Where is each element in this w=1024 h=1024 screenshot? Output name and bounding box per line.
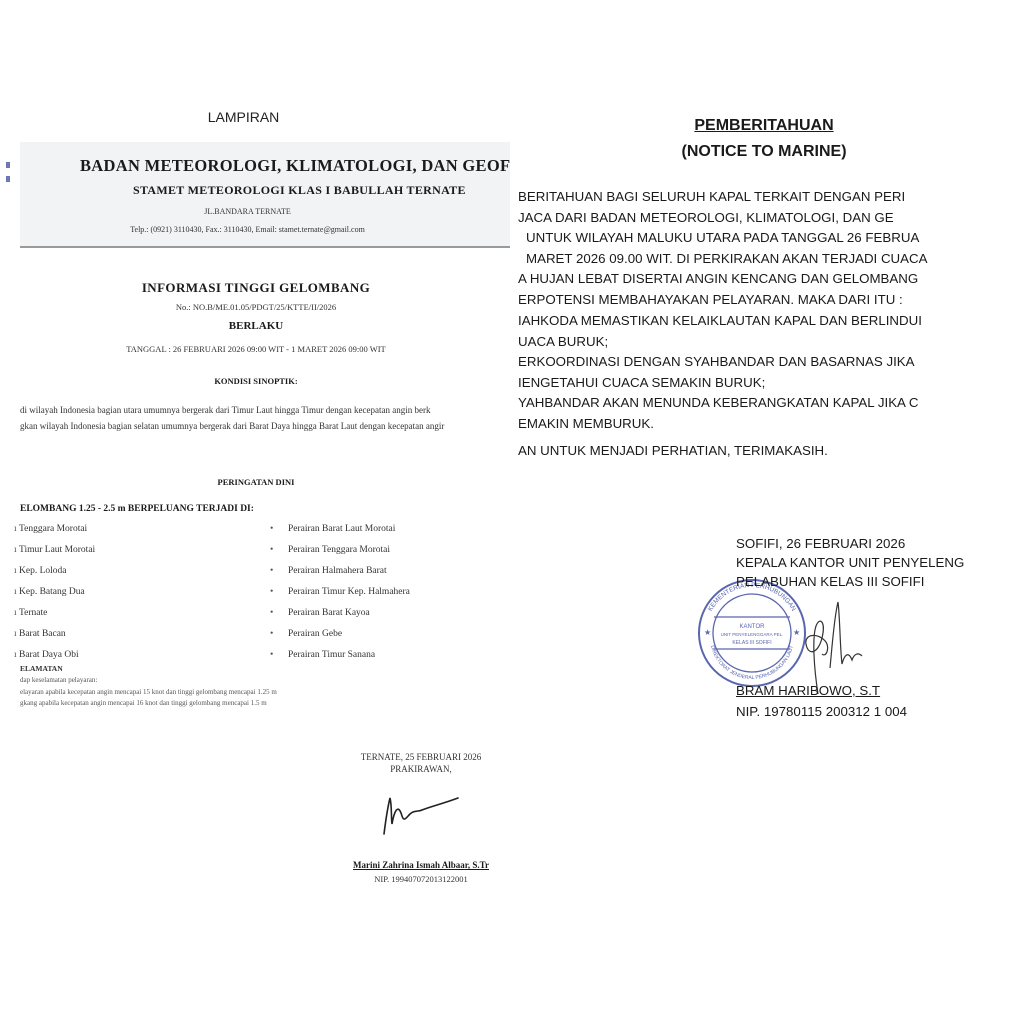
safety-text-line: gkang apabila kecepatan angin mencapai 1…	[20, 699, 267, 707]
signature-place-date: SOFIFI, 26 FEBRUARI 2026	[736, 534, 964, 553]
station-address: JL.BANDARA TERNATE	[20, 207, 475, 216]
area-item: ıTernate	[14, 602, 95, 623]
notice-instructions: IAHKODA MEMASTIKAN KELAIKLAUTAN KAPAL DA…	[518, 311, 1024, 435]
area-item: •Perairan Tenggara Morotai	[270, 539, 410, 560]
official-stamp-icon: KANTOR UNIT PENYELENGGARA PEL. KELAS III…	[696, 577, 808, 689]
document-number: No.: NO.B/ME.01.05/PDGT/25/KTTE/II/2026	[0, 302, 510, 312]
area-item: ıTenggara Morotai	[14, 518, 95, 539]
area-list-right: •Perairan Barat Laut Morotai •Perairan T…	[270, 518, 410, 665]
station-name: STAMET METEOROLOGI KLAS I BABULLAH TERNA…	[133, 183, 466, 198]
bullet-icon: •	[270, 587, 288, 597]
official-nip: NIP. 19780115 200312 1 004	[736, 702, 907, 721]
agency-name: BADAN METEOROLOGI, KLIMATOLOGI, DAN GEOF…	[80, 156, 510, 176]
svg-text:★: ★	[704, 628, 711, 637]
official-name: BRAM HARIBOWO, S.T	[736, 681, 880, 700]
signature-role: PRAKIRAWAN,	[330, 764, 510, 774]
forecaster-signature-block: TERNATE, 25 FEBRUARI 2026 PRAKIRAWAN, Ma…	[330, 752, 510, 884]
bullet-icon: •	[270, 629, 288, 639]
handwritten-signature-icon	[376, 788, 466, 838]
area-item: •Perairan Barat Kayoa	[270, 602, 410, 623]
area-item: •Perairan Timur Kep. Halmahera	[270, 581, 410, 602]
notice-intro-paragraph: BERITAHUAN BAGI SELURUH KAPAL TERKAIT DE…	[518, 187, 1024, 311]
bullet-icon: •	[270, 566, 288, 576]
area-item: •Perairan Barat Laut Morotai	[270, 518, 410, 539]
notice-closing: AN UNTUK MENJADI PERHATIAN, TERIMAKASIH.	[518, 441, 1024, 462]
signature-place-date: TERNATE, 25 FEBRUARI 2026	[330, 752, 510, 762]
attachment-label: LAMPIRAN	[0, 109, 487, 125]
safety-text-line: elayaran apabila kecepatan angin mencapa…	[20, 688, 277, 696]
early-warning-heading: PERINGATAN DINI	[0, 477, 510, 487]
safety-heading: ELAMATAN	[20, 664, 63, 673]
notice-to-marine-document: PEMBERITAHUAN (NOTICE TO MARINE) BERITAH…	[514, 0, 1024, 1024]
notice-title: PEMBERITAHUAN	[514, 117, 1014, 135]
area-item: •Perairan Halmahera Barat	[270, 560, 410, 581]
notice-subtitle: (NOTICE TO MARINE)	[514, 143, 1014, 161]
area-item: •Perairan Gebe	[270, 623, 410, 644]
area-item: ıBarat Bacan	[14, 623, 95, 644]
harbour-master-signature-block: SOFIFI, 26 FEBRUARI 2026 KEPALA KANTOR U…	[736, 534, 964, 591]
letterhead: BADAN METEOROLOGI, KLIMATOLOGI, DAN GEOF…	[20, 142, 510, 248]
signature-role-line: KEPALA KANTOR UNIT PENYELENG	[736, 553, 964, 572]
area-item: ıKep. Batang Dua	[14, 581, 95, 602]
bullet-icon: •	[270, 608, 288, 618]
bullet-icon: •	[270, 545, 288, 555]
area-item: ıBarat Daya Obi	[14, 644, 95, 665]
area-item: ıTimur Laut Morotai	[14, 539, 95, 560]
forecaster-nip: NIP. 199407072013122001	[330, 874, 510, 884]
validity-date: TANGGAL : 26 FEBRUARI 2026 09:00 WIT - 1…	[0, 344, 510, 354]
agency-logo-icon	[6, 162, 12, 192]
svg-text:KANTOR: KANTOR	[740, 624, 766, 630]
wave-height-heading: ELOMBANG 1.25 - 2.5 m BERPELUANG TERJADI…	[20, 504, 254, 514]
synoptic-text-line: gkan wilayah Indonesia bagian selatan um…	[20, 421, 444, 431]
area-item: ıKep. Loloda	[14, 560, 95, 581]
forecaster-name: Marini Zahrina Ismah Albaar, S.Tr	[330, 860, 510, 870]
area-list-left: ıTenggara Morotai ıTimur Laut Morotai ıK…	[14, 518, 95, 665]
svg-text:KELAS III SOFIFI: KELAS III SOFIFI	[732, 640, 771, 646]
validity-label: BERLAKU	[0, 320, 510, 332]
signature-role-line: PELABUHAN KELAS III SOFIFI	[736, 572, 964, 591]
synoptic-heading: KONDISI SINOPTIK:	[0, 376, 510, 386]
bullet-icon: •	[270, 650, 288, 660]
document-title: INFORMASI TINGGI GELOMBANG	[0, 280, 510, 296]
svg-text:UNIT PENYELENGGARA PEL.: UNIT PENYELENGGARA PEL.	[721, 632, 784, 637]
safety-text-line: dap keselamatan pelayaran:	[20, 676, 97, 684]
bmkg-wave-info-document: LAMPIRAN BADAN METEOROLOGI, KLIMATOLOGI,…	[0, 0, 510, 1024]
area-item: •Perairan Timur Sanana	[270, 644, 410, 665]
synoptic-text-line: di wilayah Indonesia bagian utara umumny…	[20, 405, 430, 415]
bullet-icon: •	[270, 524, 288, 534]
station-contact: Telp.: (0921) 3110430, Fax.: 3110430, Em…	[20, 225, 475, 234]
